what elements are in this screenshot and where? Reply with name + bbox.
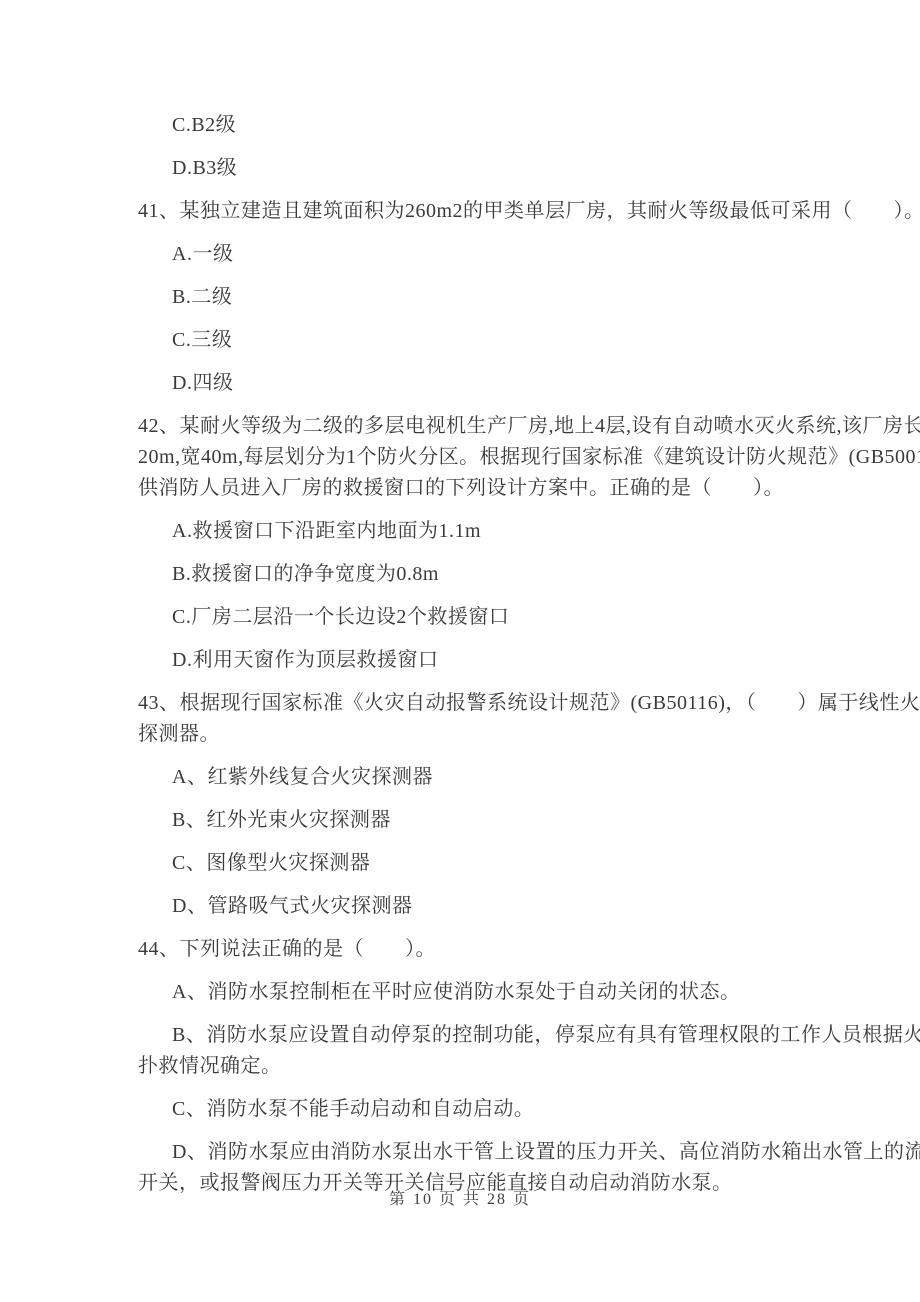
question-41-option-c: C.三级 <box>138 325 858 356</box>
page-footer: 第 10 页 共 28 页 <box>0 1186 920 1209</box>
question-43-stem-line-2: 探测器。 <box>138 719 858 750</box>
question-43-option-b: B、红外光束火灾探测器 <box>138 805 858 836</box>
question-43-option-a: A、红紫外线复合火灾探测器 <box>138 762 858 793</box>
question-42-option-b: B.救援窗口的净争宽度为0.8m <box>138 559 858 590</box>
question-43-stem-line-1: 43、根据现行国家标准《火灾自动报警系统设计规范》(GB50116)，（ ）属于… <box>138 688 858 719</box>
document-body: C.B2级 D.B3级 41、某独立建造且建筑面积为260m2的甲类单层厂房，其… <box>138 110 858 1199</box>
question-41-option-a: A.一级 <box>138 239 858 270</box>
question-44-option-b-line-2: 扑救情况确定。 <box>138 1051 858 1082</box>
question-44-option-b-line-1: B、消防水泵应设置自动停泵的控制功能，停泵应有具有管理权限的工作人员根据火灾 <box>138 1020 858 1051</box>
carryover-option-d: D.B3级 <box>138 153 858 184</box>
question-42-stem-line-1: 42、某耐火等级为二级的多层电视机生产厂房,地上4层,设有自动喷水灭火系统,该厂… <box>138 411 858 442</box>
question-41-stem: 41、某独立建造且建筑面积为260m2的甲类单层厂房，其耐火等级最低可采用（ ）… <box>138 196 858 227</box>
question-43-option-d: D、管路吸气式火灾探测器 <box>138 891 858 922</box>
exam-page: C.B2级 D.B3级 41、某独立建造且建筑面积为260m2的甲类单层厂房，其… <box>0 0 920 1302</box>
question-44-option-a: A、消防水泵控制柜在平时应使消防水泵处于自动关闭的状态。 <box>138 977 858 1008</box>
question-41-option-b: B.二级 <box>138 282 858 313</box>
carryover-option-c: C.B2级 <box>138 110 858 141</box>
question-44-stem: 44、下列说法正确的是（ ）。 <box>138 934 858 965</box>
question-41-option-d: D.四级 <box>138 368 858 399</box>
question-44-option-c: C、消防水泵不能手动启动和自动启动。 <box>138 1094 858 1125</box>
question-42-option-c: C.厂房二层沿一个长边设2个救援窗口 <box>138 602 858 633</box>
question-42-stem-line-2: 20m,宽40m,每层划分为1个防火分区。根据现行国家标准《建筑设计防火规范》(… <box>138 442 858 473</box>
question-43-option-c: C、图像型火灾探测器 <box>138 848 858 879</box>
question-42-option-a: A.救援窗口下沿距室内地面为1.1m <box>138 516 858 547</box>
question-44-option-d-line-1: D、消防水泵应由消防水泵出水干管上设置的压力开关、高位消防水箱出水管上的流量 <box>138 1137 858 1168</box>
question-42-stem-line-3: 供消防人员进入厂房的救援窗口的下列设计方案中。正确的是（ ）。 <box>138 473 858 504</box>
question-42-option-d: D.利用天窗作为顶层救援窗口 <box>138 645 858 676</box>
